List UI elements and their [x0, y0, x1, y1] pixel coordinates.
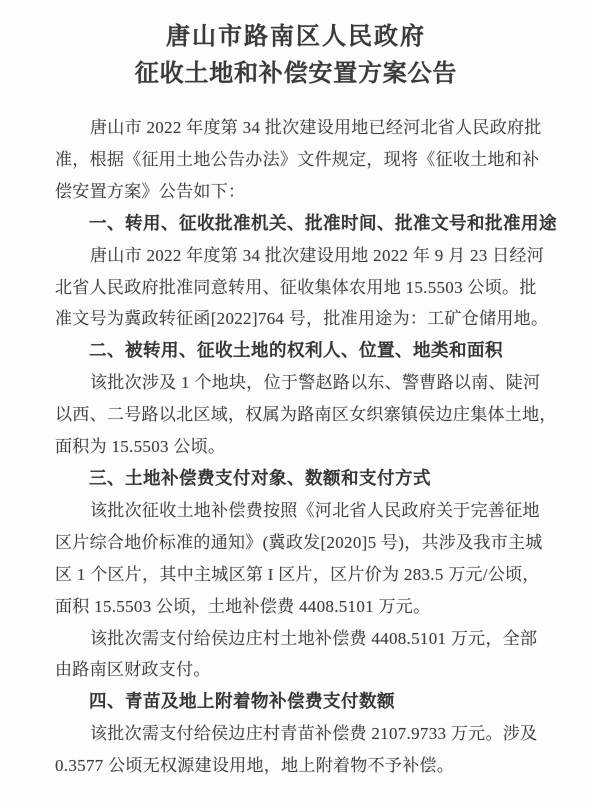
text-line: 北省人民政府批准同意转用、征收集体农用地 15.5503 公顷。批 — [55, 272, 552, 304]
text-line: 准，根据《征用土地公告办法》文件规定，现将《征收土地和补 — [55, 144, 552, 176]
paragraph-section-1: 唐山市 2022 年度第 34 批次建设用地 2022 年 9 月 23 日经河… — [55, 240, 552, 336]
title-line-announcement: 征收土地和补偿安置方案公告 — [0, 56, 592, 93]
text-line: 该批次涉及 1 个地块，位于警赵路以东、警曹路以南、陡河 — [55, 367, 552, 399]
text-line: 该批次需支付给侯边庄村土地补偿费 4408.5101 万元，全部 — [55, 623, 552, 655]
document-title: 唐山市路南区人民政府 征收土地和补偿安置方案公告 — [0, 0, 592, 93]
text-line: 区 1 个区片，其中主城区第 I 区片，区片价为 283.5 万元/公顷， — [55, 559, 552, 591]
paragraph-section-3a: 该批次征收土地补偿费按照《河北省人民政府关于完善征地 区片综合地价标准的通知》(… — [55, 495, 552, 623]
paragraph-section-2: 该批次涉及 1 个地块，位于警赵路以东、警曹路以南、陡河 以西、二号路以北区域，… — [55, 367, 552, 463]
section-heading-2: 二、被转用、征收土地的权利人、位置、地类和面积 — [55, 335, 552, 367]
document-body: 唐山市 2022 年度第 34 批次建设用地已经河北省人民政府批 准，根据《征用… — [0, 93, 592, 782]
paragraph-section-4: 该批次需支付给侯边庄村青苗补偿费 2107.9733 万元。涉及 0.3577 … — [55, 718, 552, 782]
announcement-page: 唐山市路南区人民政府 征收土地和补偿安置方案公告 唐山市 2022 年度第 34… — [0, 0, 592, 807]
text-line: 面积为 15.5503 公顷。 — [55, 431, 552, 463]
paragraph-section-3b: 该批次需支付给侯边庄村土地补偿费 4408.5101 万元，全部 由路南区财政支… — [55, 623, 552, 687]
text-line: 唐山市 2022 年度第 34 批次建设用地已经河北省人民政府批 — [55, 112, 552, 144]
title-line-government: 唐山市路南区人民政府 — [0, 19, 592, 56]
section-heading-4: 四、青苗及地上附着物补偿费支付数额 — [55, 686, 552, 718]
section-heading-3: 三、土地补偿费支付对象、数额和支付方式 — [55, 463, 552, 495]
text-line: 面积 15.5503 公顷，土地补偿费 4408.5101 万元。 — [55, 591, 552, 623]
text-line: 该批次需支付给侯边庄村青苗补偿费 2107.9733 万元。涉及 — [55, 718, 552, 750]
text-line: 区片综合地价标准的通知》(冀政发[2020]5 号)，共涉及我市主城 — [55, 527, 552, 559]
text-line: 准文号为冀政转征函[2022]764 号，批准用途为：工矿仓储用地。 — [55, 303, 552, 335]
text-line: 该批次征收土地补偿费按照《河北省人民政府关于完善征地 — [55, 495, 552, 527]
text-line: 由路南区财政支付。 — [55, 654, 552, 686]
paragraph-intro: 唐山市 2022 年度第 34 批次建设用地已经河北省人民政府批 准，根据《征用… — [55, 112, 552, 208]
text-line: 以西、二号路以北区域，权属为路南区女织寨镇侯边庄集体土地， — [55, 399, 552, 431]
text-line: 偿安置方案》公告如下： — [55, 176, 552, 208]
section-heading-1: 一、转用、征收批准机关、批准时间、批准文号和批准用途 — [55, 208, 552, 240]
text-line: 0.3577 公顷无权源建设用地，地上附着物不予补偿。 — [55, 750, 552, 782]
text-line: 唐山市 2022 年度第 34 批次建设用地 2022 年 9 月 23 日经河 — [55, 240, 552, 272]
